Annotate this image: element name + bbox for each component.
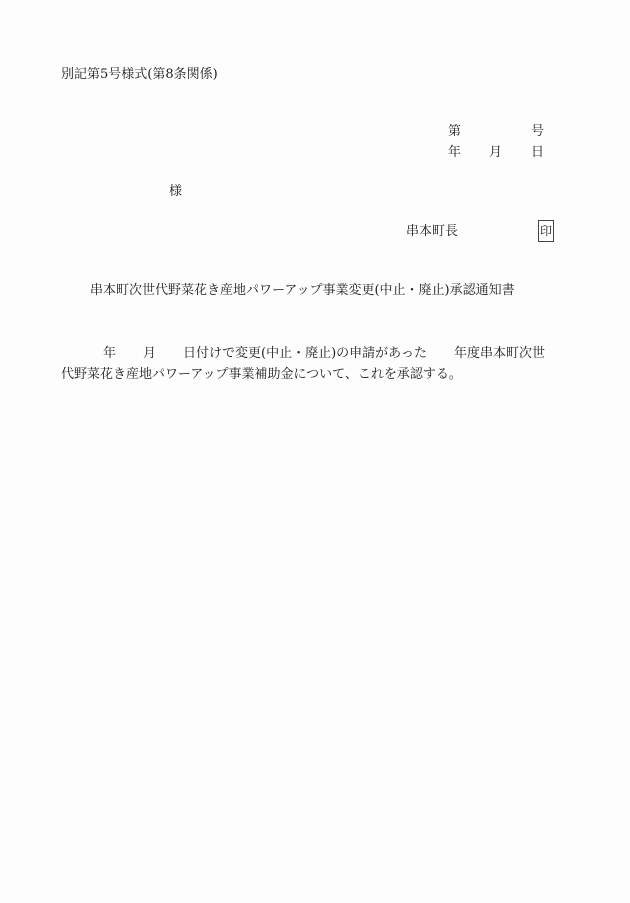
document-title: 串本町次世代野菜花き産地パワーアップ事業変更(中止・廃止)承認通知書 bbox=[90, 284, 515, 297]
document-body: 年月日付けで変更(中止・廃止)の申請があった年度串本町次世 代野菜花き産地パワー… bbox=[61, 343, 581, 385]
number-prefix: 第 bbox=[448, 125, 461, 138]
body-month-label: 月 bbox=[143, 346, 156, 361]
number-suffix: 号 bbox=[531, 125, 544, 138]
date-year-label: 年 bbox=[448, 146, 461, 159]
date-day-label: 日 bbox=[531, 146, 544, 159]
body-line-1: 年月日付けで変更(中止・廃止)の申請があった年度串本町次世 bbox=[61, 343, 581, 364]
seal-icon: 印 bbox=[538, 220, 554, 242]
body-text-segment: 日付けで変更(中止・廃止)の申請があった bbox=[183, 346, 427, 361]
issuer-name: 串本町長 bbox=[406, 225, 458, 238]
body-text-tail: 年度串本町次世 bbox=[454, 346, 545, 361]
addressee-suffix: 様 bbox=[169, 185, 182, 198]
form-reference: 別記第5号様式(第8条関係) bbox=[61, 68, 218, 81]
body-year-label: 年 bbox=[103, 346, 116, 361]
date-month-label: 月 bbox=[489, 146, 502, 159]
body-line-2: 代野菜花き産地パワーアップ事業補助金について、これを承認する。 bbox=[61, 364, 581, 385]
